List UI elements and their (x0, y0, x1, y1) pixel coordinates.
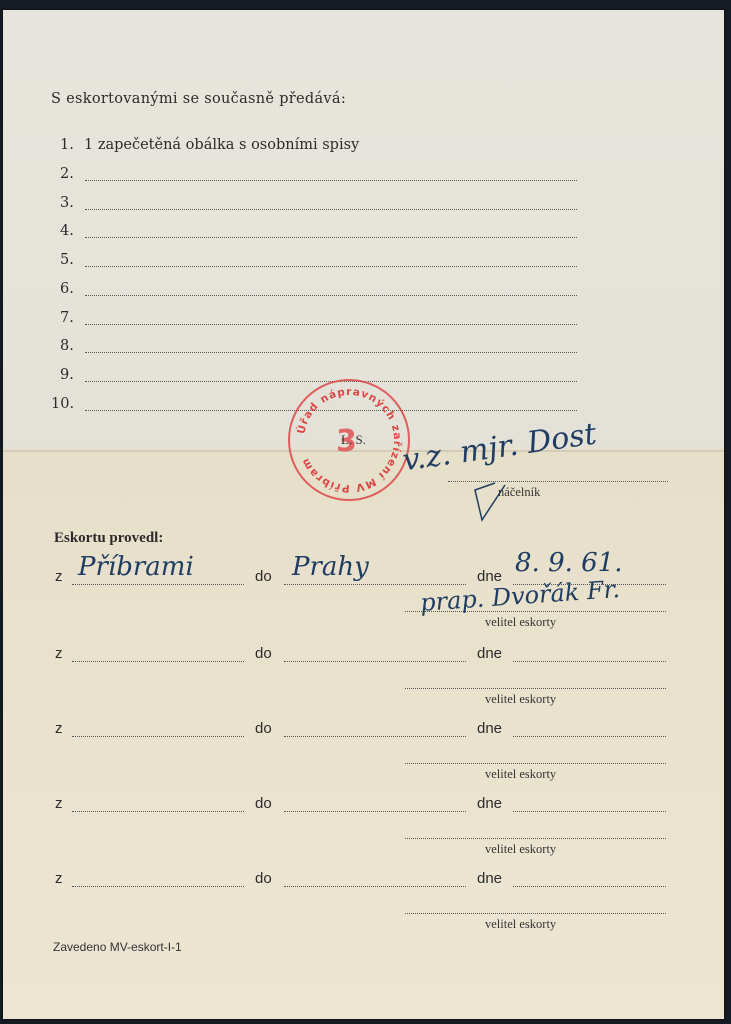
item-number: 3. (60, 195, 74, 211)
commander-field[interactable] (405, 913, 666, 914)
from-label: z (55, 795, 63, 812)
date-field[interactable] (513, 736, 666, 737)
date-value: 8. 9. 61. (515, 548, 623, 578)
ls-label: L. S. (341, 432, 366, 448)
item-field[interactable] (85, 209, 577, 210)
item-field[interactable] (85, 237, 577, 238)
from-field[interactable] (72, 584, 244, 585)
item-number: 2. (60, 166, 74, 182)
to-label: do (255, 870, 272, 887)
date-field[interactable] (513, 661, 666, 662)
to-label: do (255, 645, 272, 662)
escort-title: Eskortu provedl: (54, 530, 163, 547)
section-header: S eskortovanými se současně předává: (51, 91, 346, 107)
item-number: 1. (60, 137, 74, 153)
item-field[interactable] (85, 295, 577, 296)
item-number: 10. (51, 396, 74, 412)
item-field[interactable] (85, 352, 577, 353)
from-field[interactable] (72, 811, 244, 812)
date-label: dne (477, 870, 502, 887)
from-label: z (55, 870, 63, 887)
date-label: dne (477, 645, 502, 662)
document-page (3, 10, 724, 1019)
commander-label: velitel eskorty (485, 767, 556, 782)
commander-label: velitel eskorty (485, 615, 556, 630)
date-label: dne (477, 795, 502, 812)
from-field[interactable] (72, 886, 244, 887)
to-label: do (255, 568, 272, 585)
from-value: Příbrami (78, 552, 194, 582)
item-number: 7. (60, 310, 74, 326)
to-field[interactable] (284, 811, 466, 812)
commander-field[interactable] (405, 763, 666, 764)
from-label: z (55, 645, 63, 662)
chief-label: náčelník (498, 485, 540, 500)
to-label: do (255, 720, 272, 737)
commander-field[interactable] (405, 688, 666, 689)
item-field[interactable] (85, 324, 577, 325)
date-field[interactable] (513, 811, 666, 812)
to-field[interactable] (284, 736, 466, 737)
to-value: Prahy (292, 552, 369, 582)
commander-field[interactable] (405, 838, 666, 839)
item-field[interactable] (85, 180, 577, 181)
from-field[interactable] (72, 736, 244, 737)
to-field[interactable] (284, 886, 466, 887)
from-label: z (55, 568, 63, 585)
item-number: 9. (60, 367, 74, 383)
to-field[interactable] (284, 584, 466, 585)
from-field[interactable] (72, 661, 244, 662)
item-number: 4. (60, 223, 74, 239)
to-field[interactable] (284, 661, 466, 662)
item-number: 6. (60, 281, 74, 297)
commander-label: velitel eskorty (485, 692, 556, 707)
commander-label: velitel eskorty (485, 842, 556, 857)
date-label: dne (477, 720, 502, 737)
commander-label: velitel eskorty (485, 917, 556, 932)
item-number: 5. (60, 252, 74, 268)
from-label: z (55, 720, 63, 737)
date-field[interactable] (513, 886, 666, 887)
form-code: Zavedeno MV-eskort-I-1 (53, 940, 182, 954)
to-label: do (255, 795, 272, 812)
item-number: 8. (60, 338, 74, 354)
item-field[interactable] (85, 266, 577, 267)
item-text: 1 zapečetěná obálka s osobními spisy (84, 137, 359, 153)
